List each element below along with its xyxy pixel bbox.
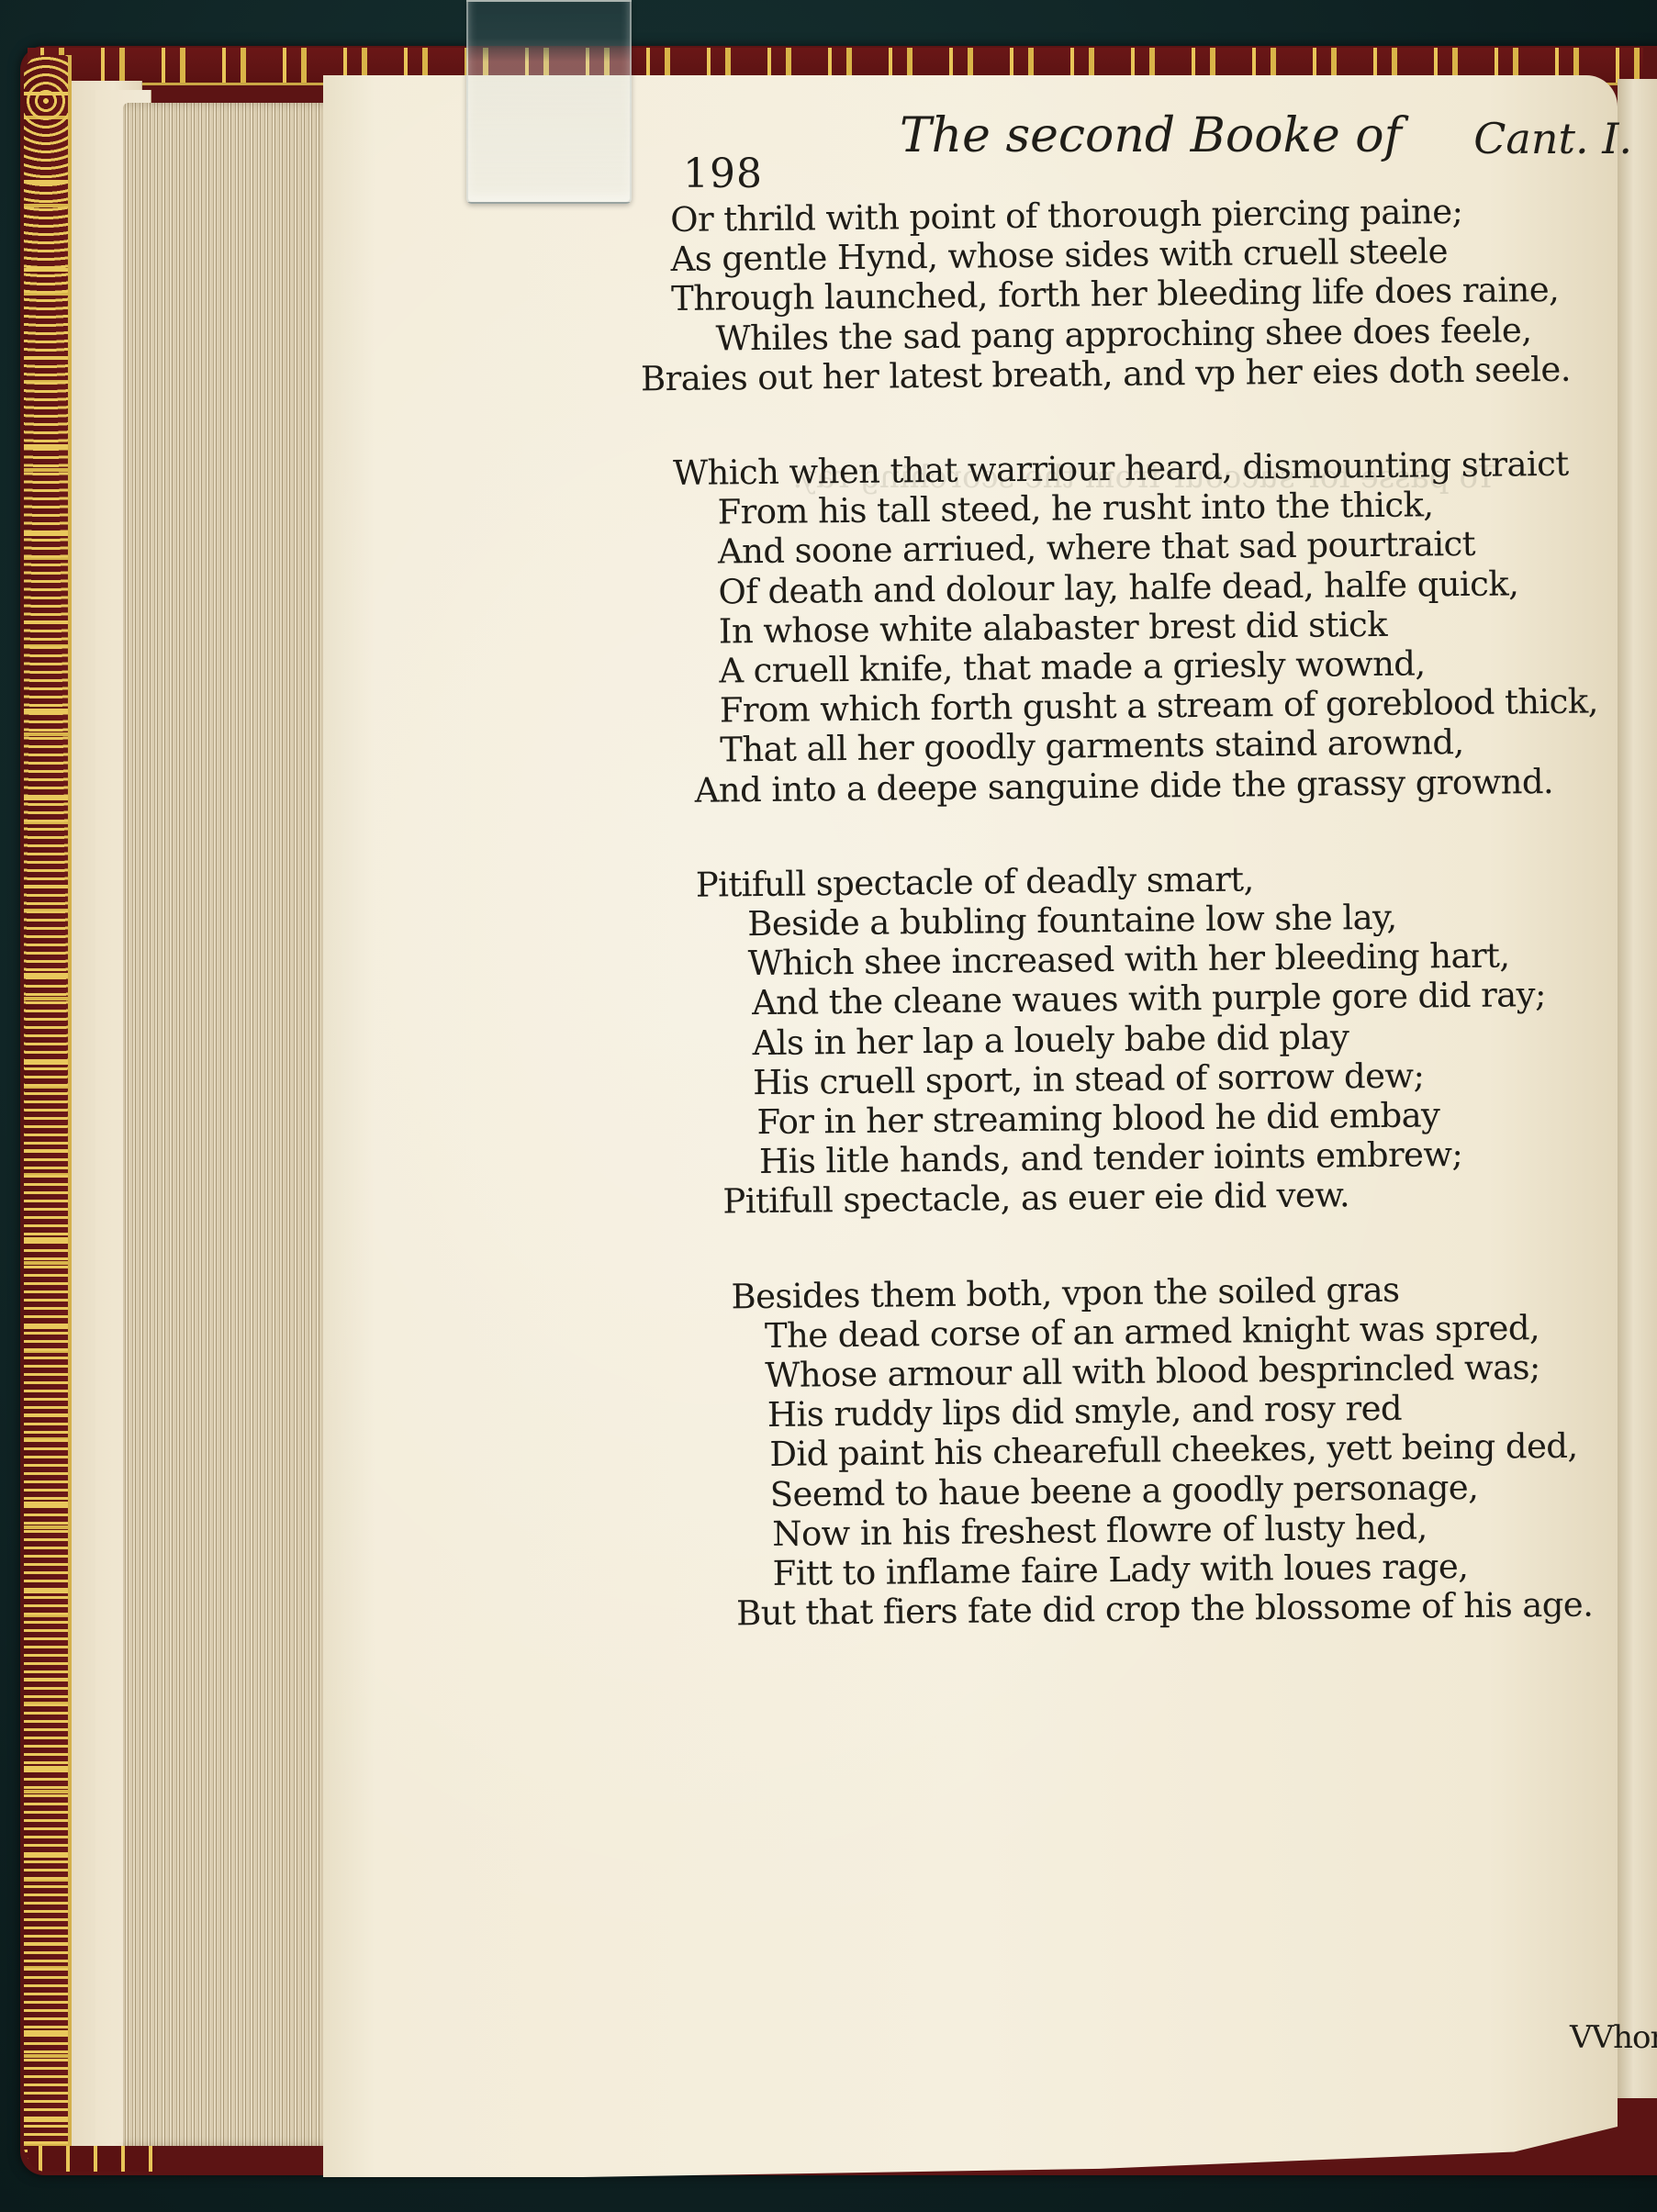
gilt-border-left: [24, 55, 72, 2166]
stanza: Or thrild with point of thorough piercin…: [670, 190, 1645, 398]
page-number: 198: [683, 151, 763, 197]
canto-label: Cant. I.: [1473, 114, 1632, 163]
running-title: The second Booke of: [900, 108, 1402, 163]
page-fore-edges: [123, 103, 334, 2146]
acrylic-page-clip: [466, 0, 632, 204]
verse-text: Or thrild with point of thorough piercin…: [670, 190, 1657, 1690]
page-header: 198 The second Booke of Cant. I.: [670, 108, 1643, 191]
gilt-border-bottom: [28, 2146, 156, 2172]
catchword: VVhom: [1570, 2019, 1657, 2056]
stanza: Pitifull spectacle of deadly smart, Besi…: [677, 855, 1654, 1223]
stanza: Which when that warriour heard, dismount…: [673, 443, 1650, 810]
stanza: Besides them both, vpon the soiled gras …: [681, 1268, 1657, 1635]
